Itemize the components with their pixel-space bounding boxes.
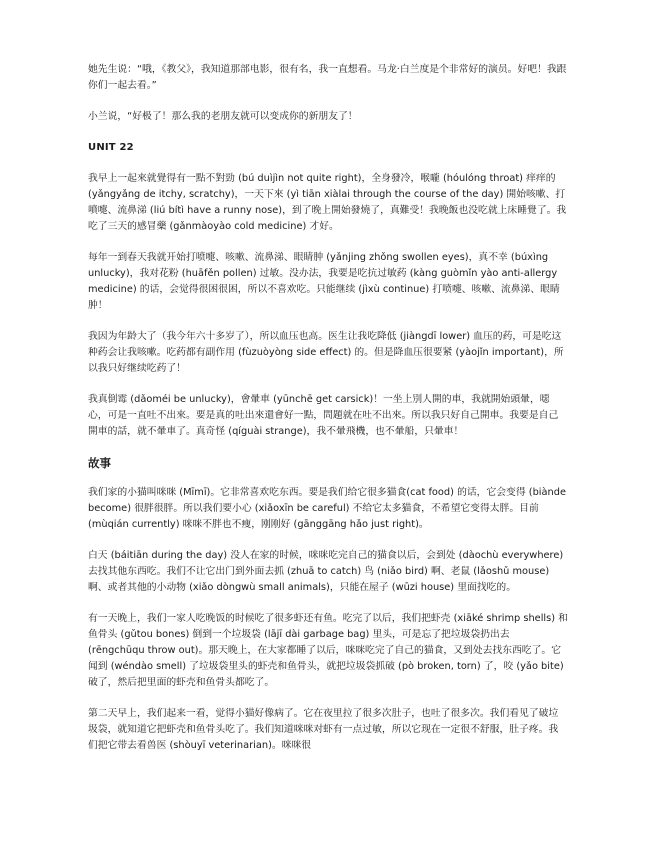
paragraph-blood-pressure: 我因为年龄大了（我今年六十多岁了），所以血压也高。医生让我吃降低 (jiàngd… <box>88 329 568 377</box>
document-page: 她先生说：“哦，《教父》，我知道那部电影，很有名，我一直想看。马龙·白兰度是个非… <box>0 0 655 848</box>
paragraph-husband-godfather: 她先生说：“哦，《教父》，我知道那部电影，很有名，我一直想看。马龙·白兰度是个非… <box>88 62 568 94</box>
paragraph-cat-daytime: 白天 (báitiān during the day) 没人在家的时候，咪咪吃完… <box>88 548 568 596</box>
heading-unit-22: UNIT 22 <box>88 140 568 156</box>
paragraph-cold-symptoms: 我早上一起來就覺得有一點不對勁 (bú duìjìn not quite rig… <box>88 171 568 235</box>
paragraph-cat-mimi-intro: 我们家的小猫叫咪咪 (Mīmī)。它非常喜欢吃东西。要是我们给它很多猫食(cat… <box>88 485 568 533</box>
paragraph-spring-allergy: 每年一到春天我就开始打喷嚏、咳嗽、流鼻涕、眼睛肿 (yǎnjing zhǒng … <box>88 250 568 314</box>
heading-story: 故事 <box>88 455 568 471</box>
paragraph-shrimp-garbage: 有一天晚上，我们一家人吃晚饭的时候吃了很多虾还有鱼。吃完了以后，我们把虾壳 (x… <box>88 611 568 691</box>
paragraph-cat-sick-vet: 第二天早上，我们起来一看，觉得小猫好像病了。它在夜里拉了很多次肚子，也吐了很多次… <box>88 706 568 754</box>
paragraph-xiaolan-reply: 小兰说，“好极了！那么我的老朋友就可以变成你的新朋友了！ <box>88 109 568 125</box>
paragraph-carsick: 我真倒霉 (dǎoméi be unlucky)，會暈車 (yūnchē get… <box>88 392 568 440</box>
